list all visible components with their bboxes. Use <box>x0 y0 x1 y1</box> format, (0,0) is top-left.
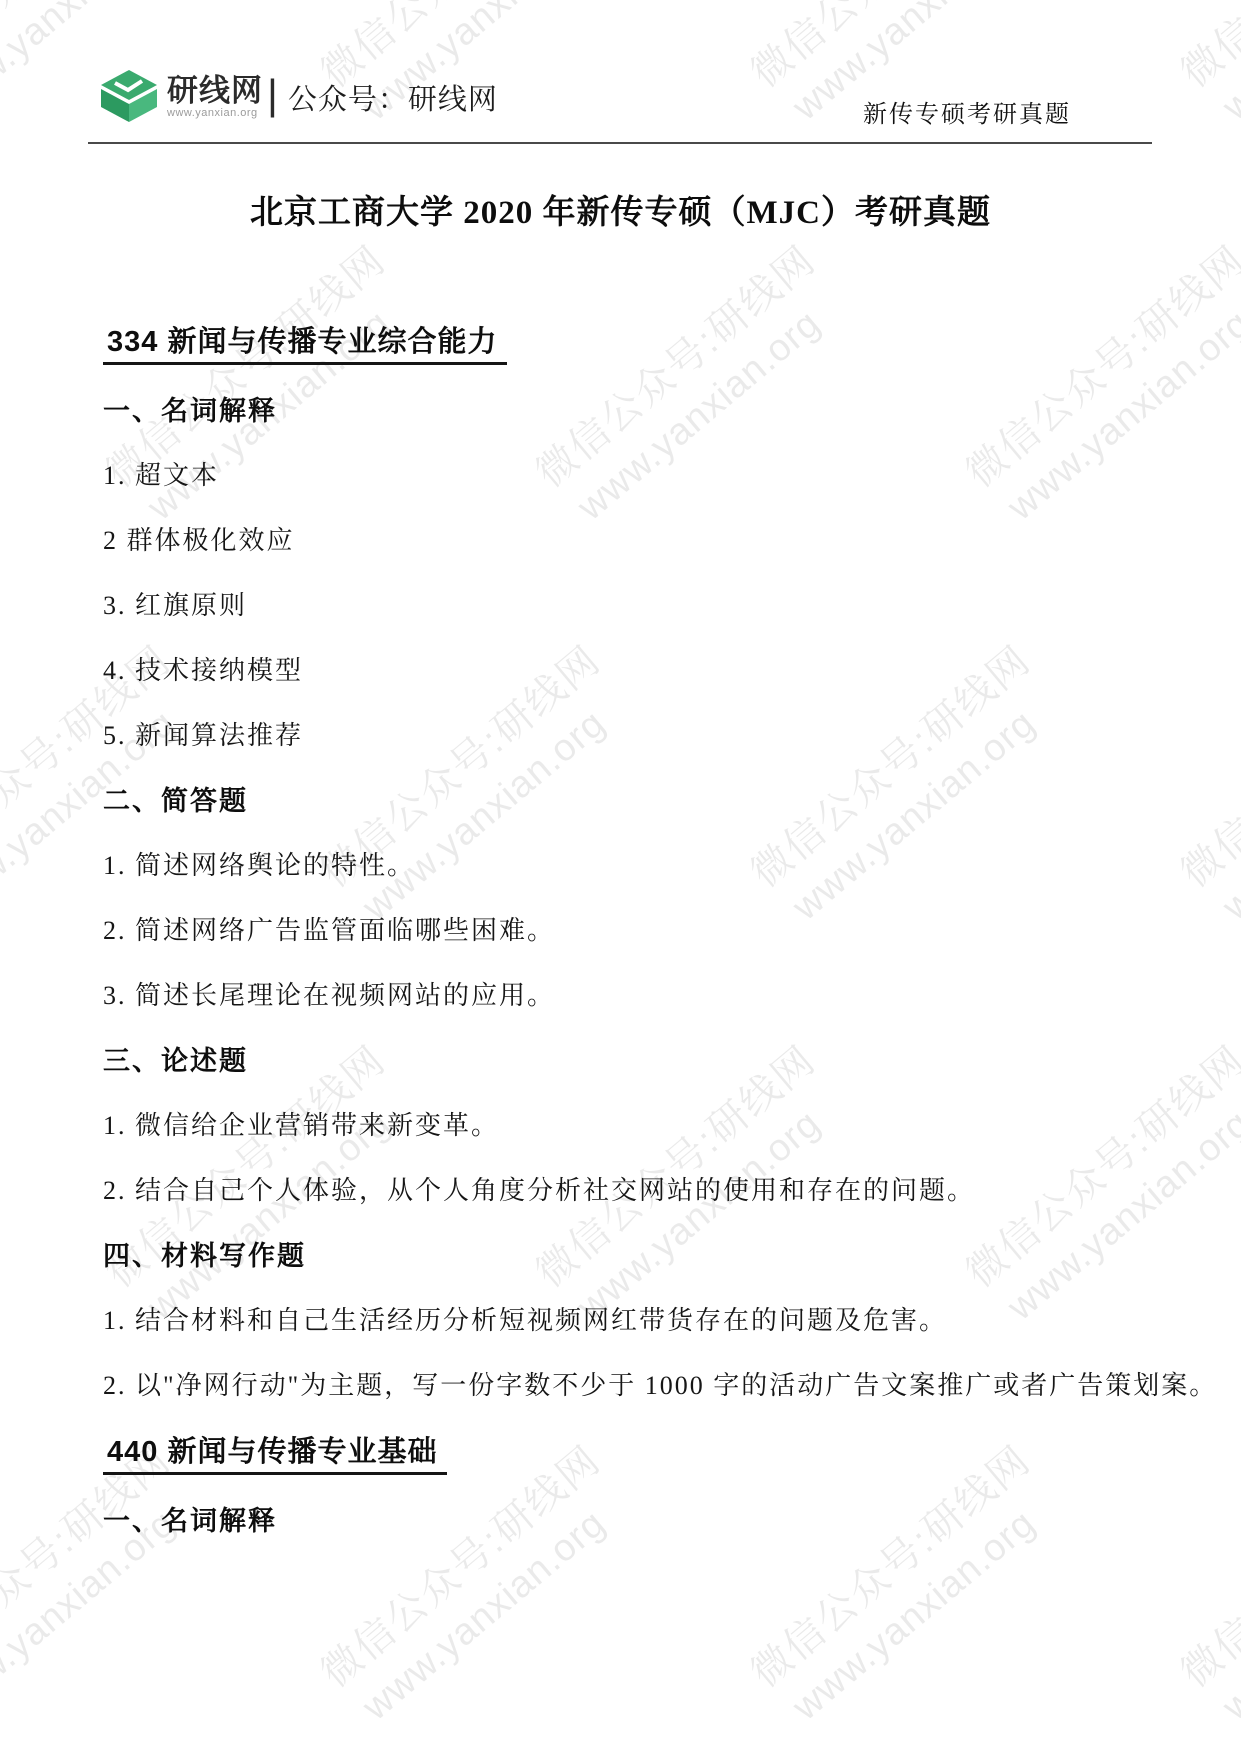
subject-440-heading: 440 新闻与传播专业基础 <box>103 1435 1163 1475</box>
question-item: 1. 简述网络舆论的特性。 <box>103 850 1163 882</box>
question-item: 1. 超文本 <box>103 460 1163 492</box>
part-heading: 一、名词解释 <box>103 1505 1163 1537</box>
watermark: 微信公众号:研线网www.yanxian.org <box>1167 0 1241 136</box>
subject-334-heading: 334 新闻与传播专业综合能力 <box>103 325 1163 365</box>
header-right-label: 新传专硕考研真题 <box>863 94 1071 129</box>
question-item: 5. 新闻算法推荐 <box>103 720 1163 752</box>
part-heading: 一、名词解释 <box>103 395 1163 427</box>
question-item: 1. 微信给企业营销带来新变革。 <box>103 1110 1163 1142</box>
yanxian-logo-icon <box>100 70 158 124</box>
header-divider: | <box>267 71 278 119</box>
question-item: 2 群体极化效应 <box>103 525 1163 557</box>
question-item: 2. 以"净网行动"为主题，写一份字数不少于 1000 字的活动广告文案推广或者… <box>103 1370 1163 1402</box>
exam-content: 334 新闻与传播专业综合能力 一、名词解释 1. 超文本 2 群体极化效应 3… <box>103 325 1163 1570</box>
part-heading: 三、论述题 <box>103 1045 1163 1077</box>
brand-name: 研线网 <box>167 75 263 107</box>
question-item: 2. 结合自己个人体验，从个人角度分析社交网站的使用和存在的问题。 <box>103 1175 1163 1207</box>
part-heading: 二、简答题 <box>103 785 1163 817</box>
brand-block: 研线网 www.yanxian.org <box>167 75 263 119</box>
question-item: 3. 红旗原则 <box>103 590 1163 622</box>
subject-334-heading-text: 334 新闻与传播专业综合能力 <box>103 325 507 365</box>
wechat-account-label: 公众号：研线网 <box>288 77 498 118</box>
question-item: 4. 技术接纳模型 <box>103 655 1163 687</box>
question-item: 3. 简述长尾理论在视频网站的应用。 <box>103 980 1163 1012</box>
part-heading: 四、材料写作题 <box>103 1240 1163 1272</box>
header-rule <box>88 142 1152 144</box>
subject-440-heading-text: 440 新闻与传播专业基础 <box>103 1435 447 1475</box>
page-title: 北京工商大学 2020 年新传专硕（MJC）考研真题 <box>0 186 1241 233</box>
question-item: 1. 结合材料和自己生活经历分析短视频网红带货存在的问题及危害。 <box>103 1305 1163 1337</box>
watermark: 微信公众号:研线网www.yanxian.org <box>1167 1430 1241 1736</box>
document-page: 微信公众号:研线网www.yanxian.org微信公众号:研线网www.yan… <box>0 0 1241 1754</box>
header-logo: 研线网 www.yanxian.org | 公众号：研线网 <box>100 70 498 124</box>
brand-site-url: www.yanxian.org <box>167 107 263 119</box>
watermark: 微信公众号:研线网www.yanxian.org <box>1167 630 1241 936</box>
question-item: 2. 简述网络广告监管面临哪些困难。 <box>103 915 1163 947</box>
